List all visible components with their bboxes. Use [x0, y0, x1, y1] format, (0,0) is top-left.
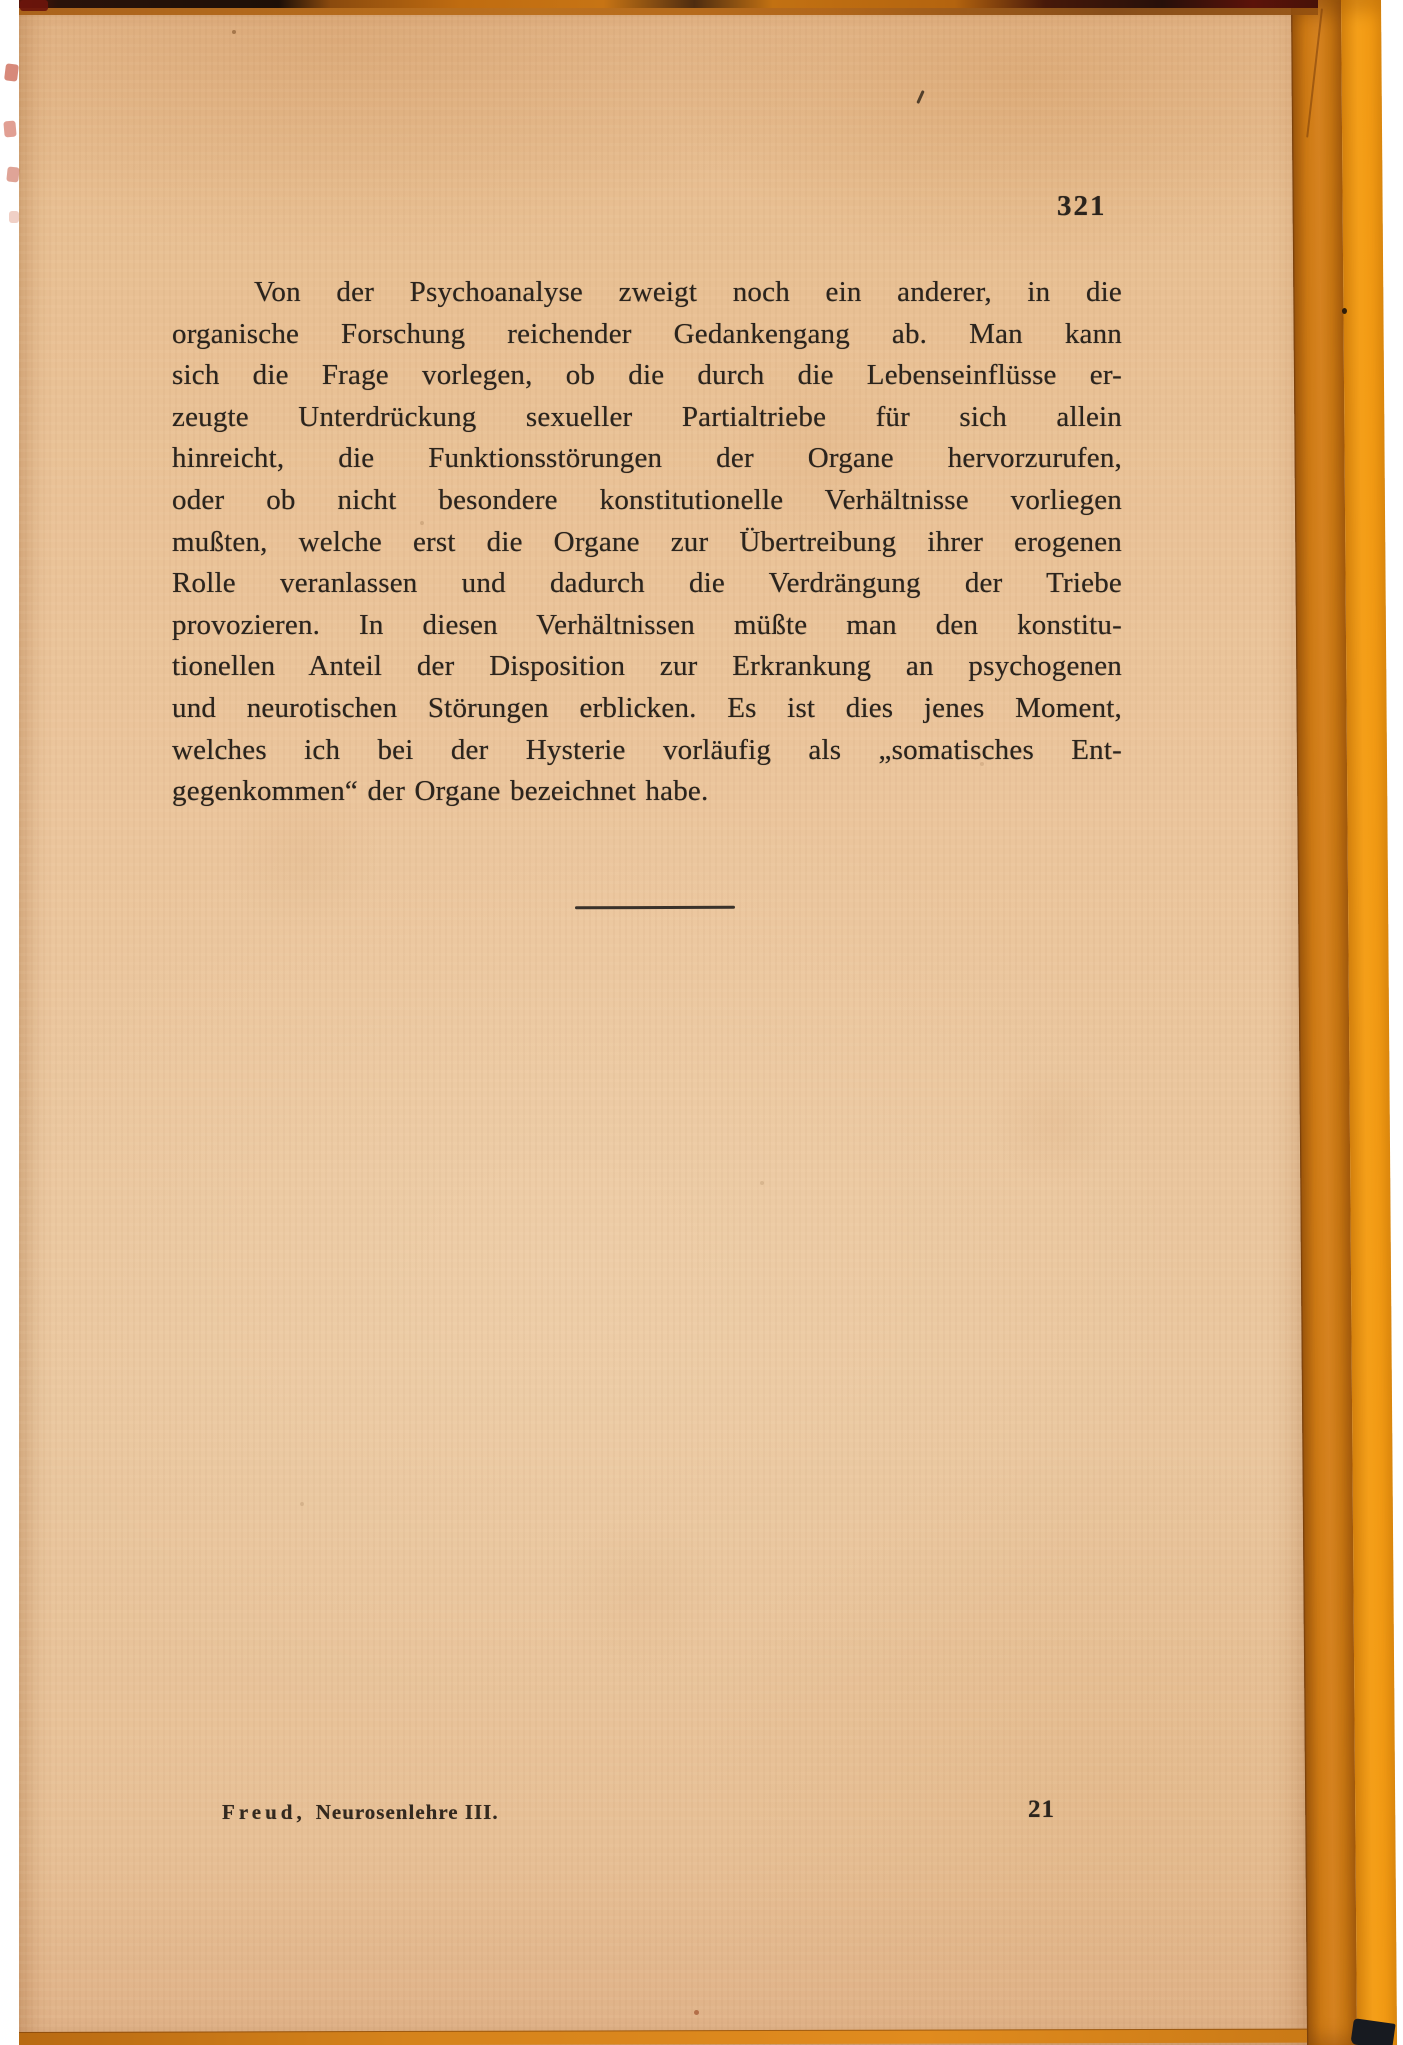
text-line: organische Forschung reichender Gedanken…: [172, 314, 1122, 356]
section-divider-rule: [575, 906, 735, 910]
text-line: und neurotischen Störungen erblicken. Es…: [172, 688, 1122, 730]
binding-right-edge: [1291, 0, 1402, 2045]
paper-speck: [420, 521, 424, 525]
red-pen-mark: [3, 121, 16, 138]
page-footer: Freud,Neurosenlehre III. 21: [19, 1796, 1312, 1836]
scan-corner-clip: [1350, 2018, 1395, 2045]
binding-top-edge-shadow: [19, 8, 1318, 15]
red-pen-mark: [4, 63, 19, 81]
book-page: 321 Von der Psychoanalyse zweigt noch ei…: [19, 0, 1312, 2045]
text-line: oder ob nicht besondere konstitutionelle…: [172, 480, 1122, 522]
footer-work-title: Neurosenlehre III.: [316, 1800, 499, 1824]
paper-speck: [300, 1502, 304, 1506]
binding-top-edge: [19, 0, 1318, 8]
footer-signature: Freud,Neurosenlehre III.: [222, 1800, 499, 1825]
red-pen-mark: [6, 166, 20, 182]
page-number: 321: [1057, 190, 1107, 223]
text-line: tionellen Anteil der Disposition zur Erk…: [172, 646, 1122, 688]
text-line: mußten, welche erst die Organe zur Übert…: [172, 522, 1122, 564]
paper-speck: [760, 1181, 764, 1185]
text-line: gegenkommen“ der Organe bezeichnet habe.: [172, 771, 1122, 813]
scan-tick-mark: [916, 90, 924, 104]
paper-speck: [980, 762, 984, 766]
red-pen-mark: [9, 211, 19, 223]
page-edge-crease: [1306, 8, 1323, 137]
paper-speck: [232, 30, 236, 34]
footer-author: Freud,: [222, 1800, 306, 1824]
text-line: zeugte Unterdrückung sexueller Partialtr…: [172, 397, 1122, 439]
red-pen-mark: [20, 0, 48, 11]
text-line: sich die Frage vorlegen, ob die durch di…: [172, 355, 1122, 397]
text-line: Rolle veranlassen und dadurch die Verdrä…: [172, 563, 1122, 605]
paragraph: Von der Psychoanalyse zweigt noch ein an…: [172, 272, 1122, 813]
text-line: provozieren. In diesen Verhältnissen müß…: [172, 605, 1122, 647]
footer-sheet-number: 21: [1028, 1796, 1055, 1824]
ink-speck: [1342, 308, 1347, 314]
binding-bottom-edge: [19, 2029, 1312, 2045]
text-line: Von der Psychoanalyse zweigt noch ein an…: [172, 272, 1122, 314]
text-line: hinreicht, die Funktionsstörungen der Or…: [172, 438, 1122, 480]
paper-speck: [694, 2010, 699, 2015]
